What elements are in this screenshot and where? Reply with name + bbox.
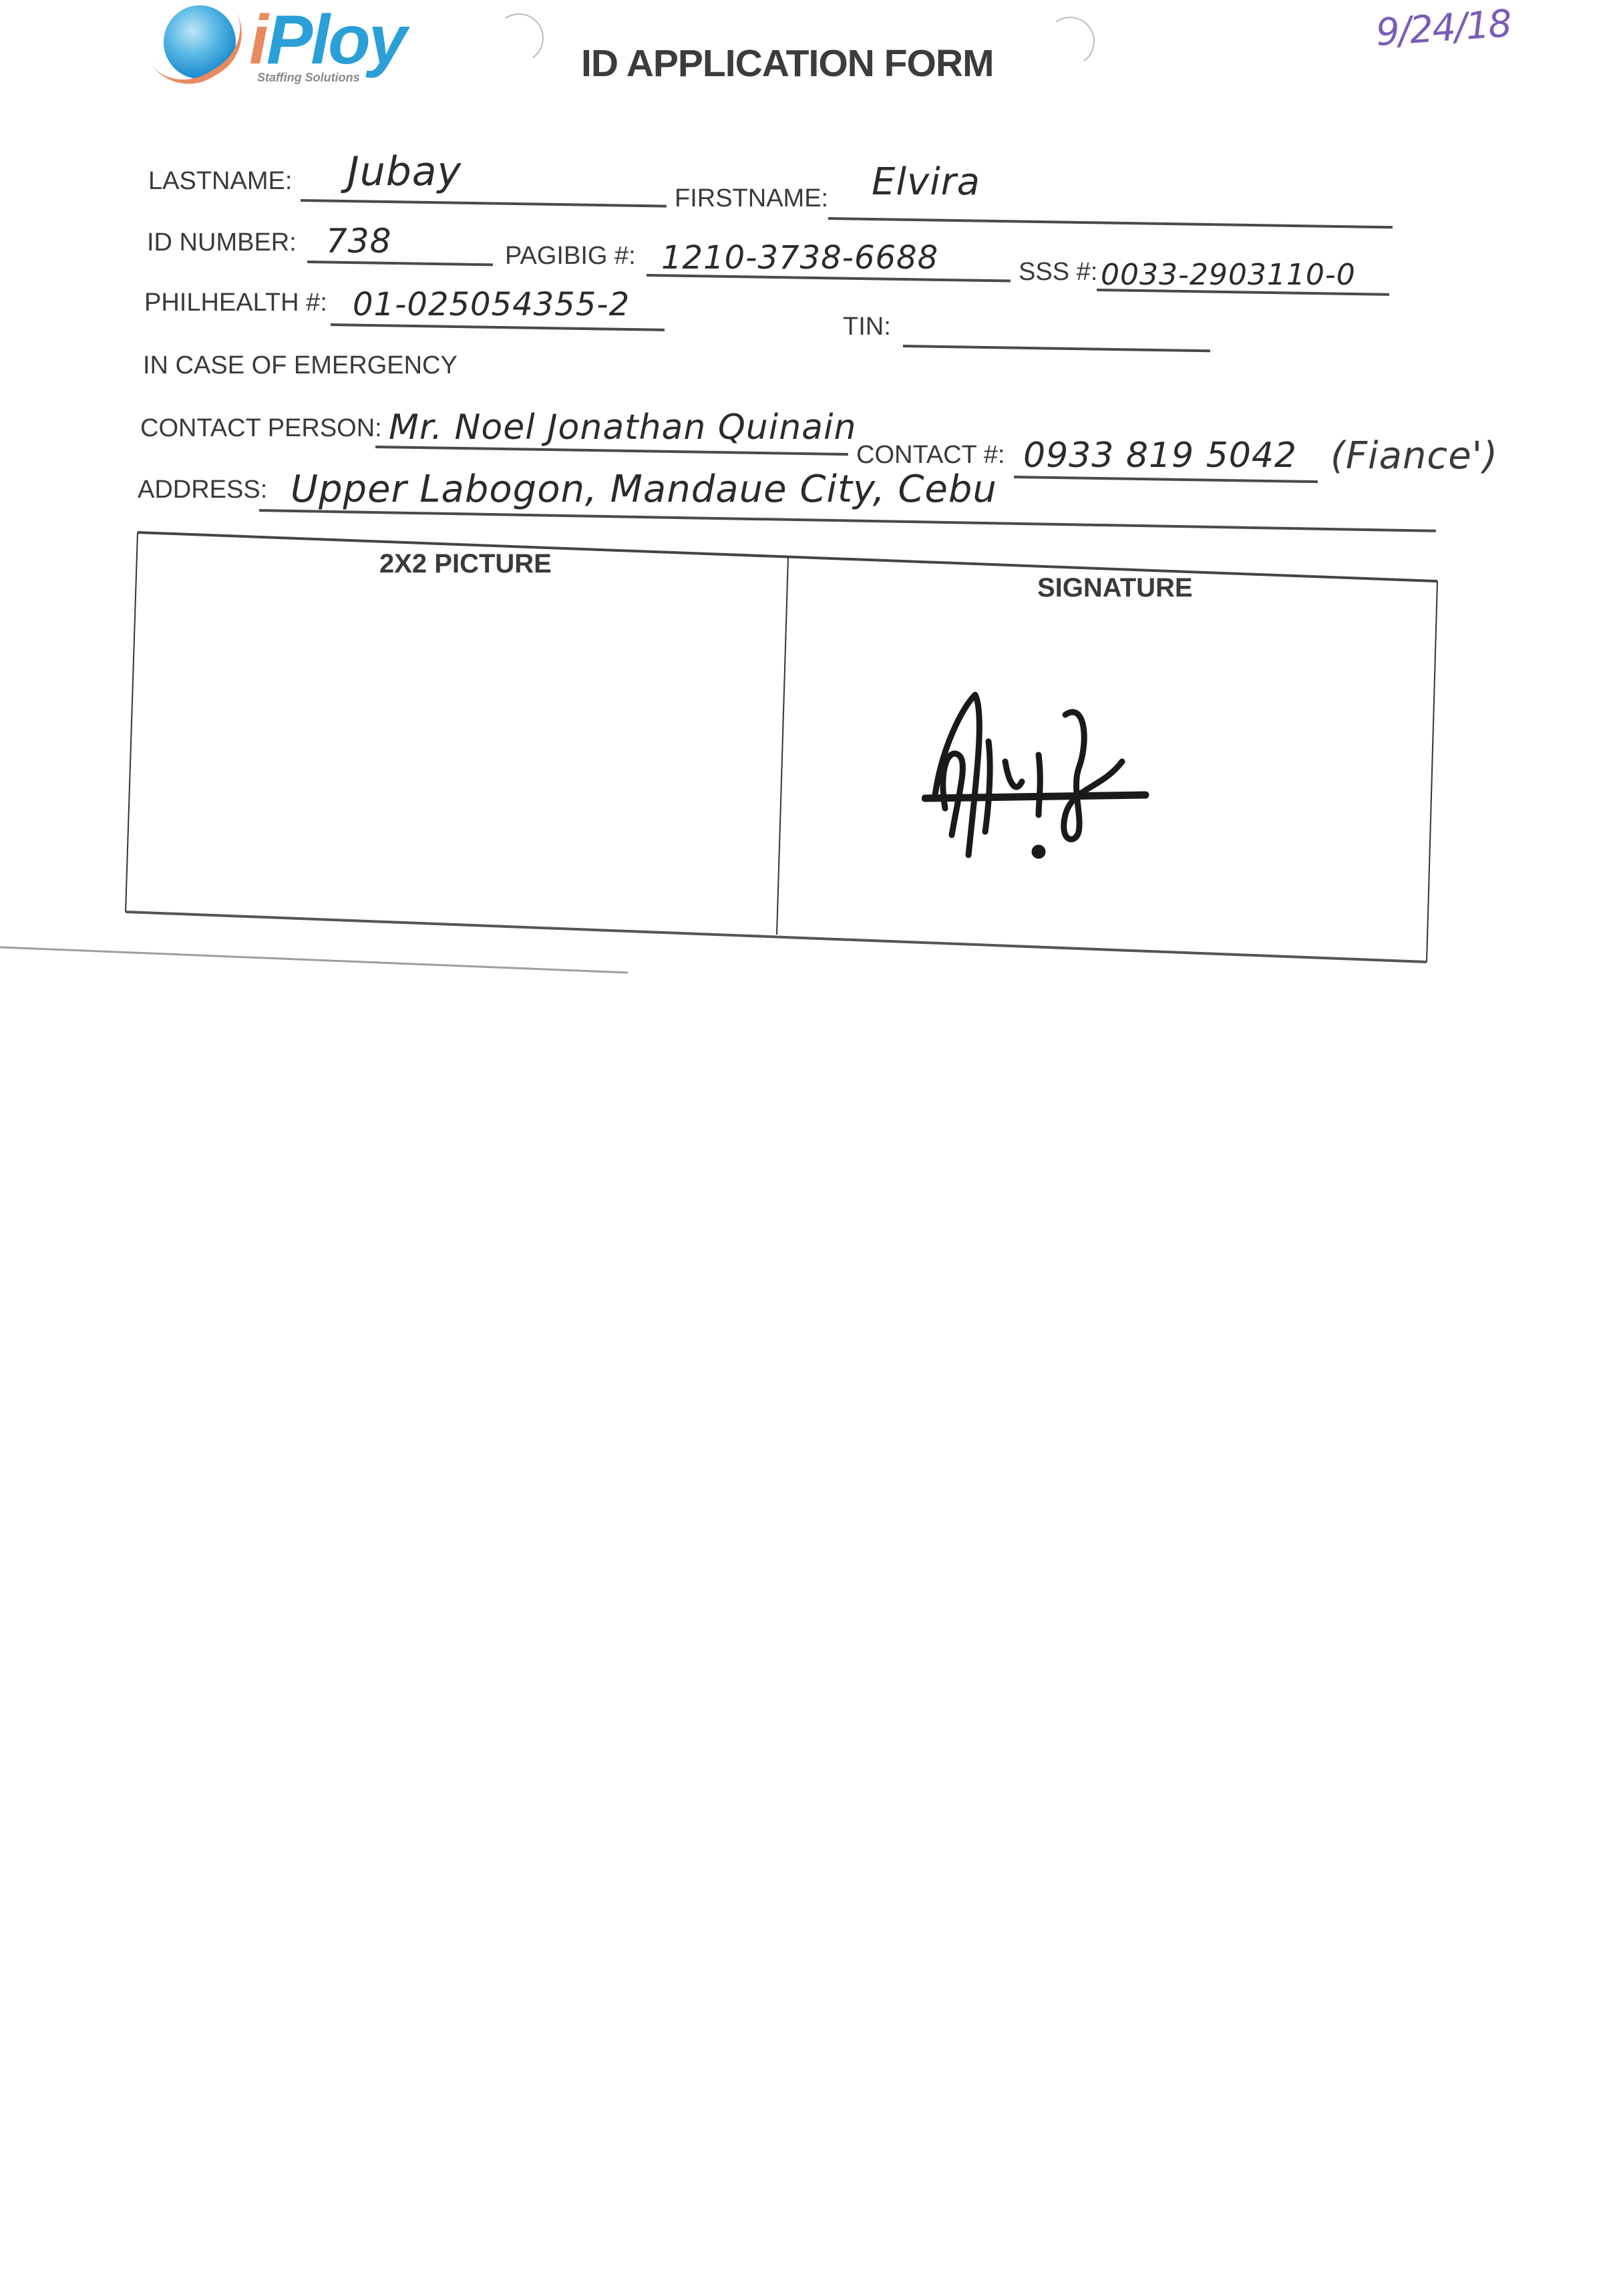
signature-scribble bbox=[922, 688, 1176, 875]
id-application-form: iPloy Staffing Solutions ID APPLICATION … bbox=[0, 0, 1609, 1002]
picture-box-title: 2X2 PICTURE bbox=[379, 549, 552, 579]
picture-box[interactable] bbox=[134, 588, 775, 902]
signature-box-title: SIGNATURE bbox=[1037, 573, 1193, 603]
